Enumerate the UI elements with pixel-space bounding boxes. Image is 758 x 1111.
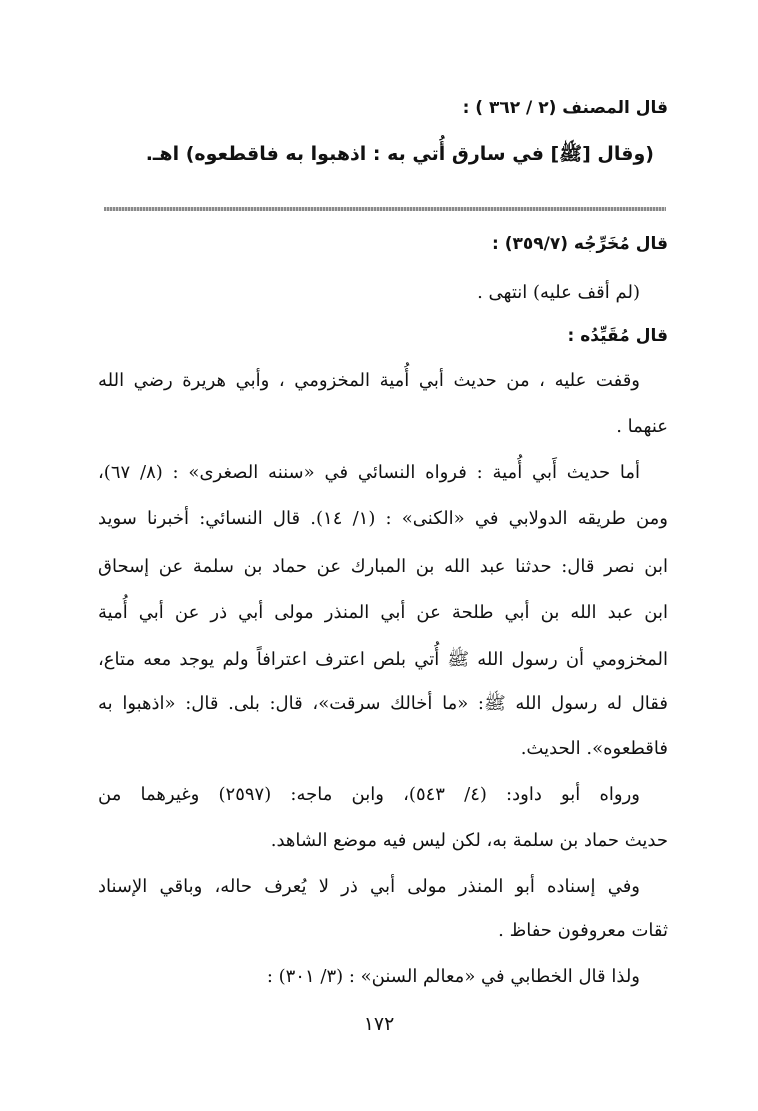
paragraph-line: فقال له رسول الله ﷺ: «ما أخالك سرقت»، قا… — [98, 692, 668, 718]
paragraph-line: أما حديث أَبي أُمية : فرواه النسائي في «… — [98, 462, 640, 483]
page-number: ١٧٢ — [0, 1013, 758, 1035]
author-heading: قال المصنف (٢ / ٣٦٢ ) : — [463, 98, 668, 118]
paragraph-line: المخزومي أن رسول الله ﷺ أُتي بلص اعترف ا… — [98, 648, 668, 674]
paragraph-line: ورواه أبو داود: (٤/ ٥٤٣)، وابن ماجه: (٢٥… — [98, 784, 640, 805]
paragraph-line: ثقات معروفون حفاظ . — [498, 920, 668, 941]
paragraph-line: وقفت عليه ، من حديث أبي أُمية المخزومي ،… — [98, 370, 640, 391]
muqayyid-heading: قال مُقَيِّدُه : — [568, 326, 668, 346]
book-page: قال المصنف (٢ / ٣٦٢ ) : (وقال [ﷺ] في سار… — [0, 0, 758, 1111]
paragraph-line: وفي إسناده أبو المنذر مولى أبي ذر لا يُع… — [98, 876, 640, 897]
paragraph-line: فاقطعوه». الحديث. — [521, 738, 668, 759]
section-divider — [104, 207, 666, 211]
paragraph-line: ولذا قال الخطابي في «معالم السنن» : (٣/ … — [267, 966, 640, 987]
paragraph-line: حديث حماد بن سلمة به، لكن ليس فيه موضع ا… — [271, 830, 668, 851]
paragraph-line: عنهما . — [616, 416, 668, 437]
paragraph-line: ومن طريقه الدولابي في «الكنى» : (١/ ١٤).… — [98, 508, 668, 529]
takhrij-heading: قال مُخَرِّجُه (٣٥٩/٧) : — [492, 234, 668, 254]
author-quote: (وقال [ﷺ] في سارق أُتي به : اذهبوا به فا… — [146, 142, 654, 170]
paragraph-line: ابن عبد الله بن أبي طلحة عن أبي المنذر م… — [98, 602, 668, 623]
takhrij-text: (لم أقف عليه) انتهى . — [477, 282, 640, 303]
paragraph-line: ابن نصر قال: حدثنا عبد الله بن المبارك ع… — [98, 556, 668, 577]
